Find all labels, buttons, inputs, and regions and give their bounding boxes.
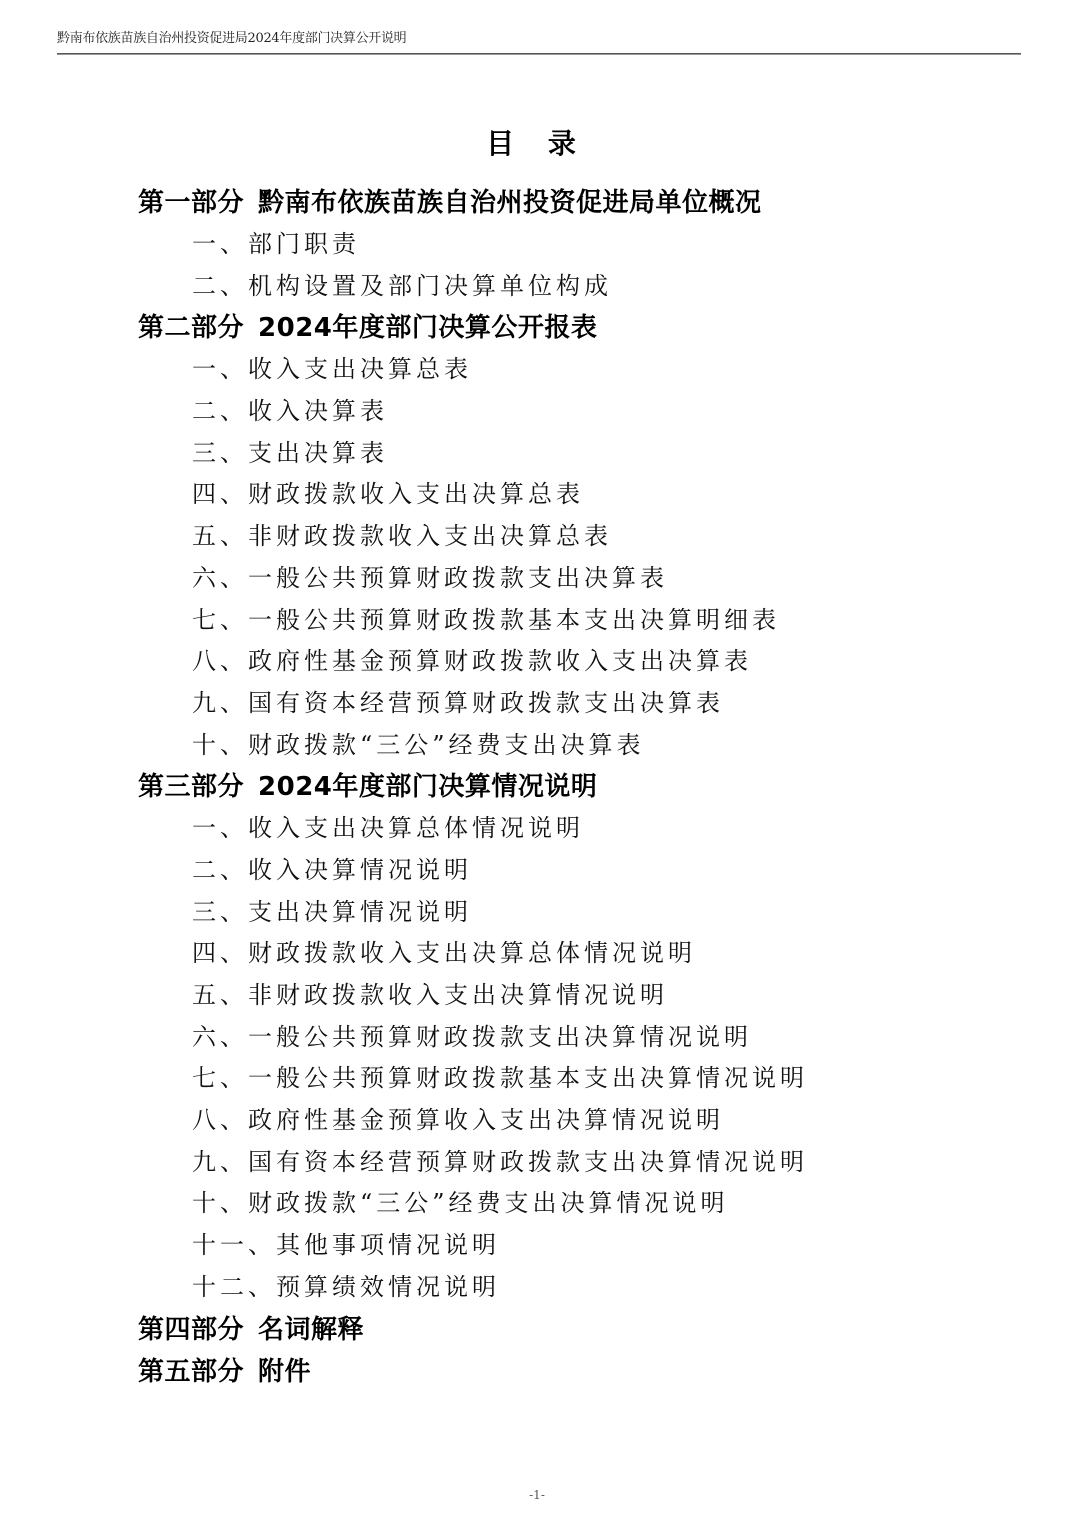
toc-part-1[interactable]: 第一部分黔南布依族苗族自治州投资促进局单位概况 (138, 182, 1018, 224)
toc-item[interactable]: 三、支出决算表 (138, 433, 1018, 475)
toc-item[interactable]: 十一、其他事项情况说明 (138, 1225, 1018, 1267)
toc-item[interactable]: 四、财政拨款收入支出决算总体情况说明 (138, 933, 1018, 975)
part-number: 第二部分 (138, 313, 244, 343)
toc-part-4[interactable]: 第四部分名词解释 (138, 1309, 1018, 1351)
toc-item[interactable]: 二、收入决算情况说明 (138, 850, 1018, 892)
toc-item[interactable]: 二、收入决算表 (138, 391, 1018, 433)
part-number: 第四部分 (138, 1315, 244, 1345)
toc-item[interactable]: 七、一般公共预算财政拨款基本支出决算明细表 (138, 600, 1018, 642)
part-title: 黔南布依族苗族自治州投资促进局单位概况 (258, 188, 762, 218)
toc-item[interactable]: 五、非财政拨款收入支出决算情况说明 (138, 975, 1018, 1017)
part-title: 名词解释 (258, 1315, 364, 1345)
toc-item[interactable]: 二、机构设置及部门决算单位构成 (138, 266, 1018, 308)
toc-part-3[interactable]: 第三部分2024年度部门决算情况说明 (138, 766, 1018, 808)
toc-item[interactable]: 一、收入支出决算总表 (138, 349, 1018, 391)
toc-item[interactable]: 九、国有资本经营预算财政拨款支出决算表 (138, 683, 1018, 725)
toc-item[interactable]: 十、财政拨款“三公”经费支出决算表 (138, 725, 1018, 767)
running-title: 黔南布依族苗族自治州投资促进局2024年度部门决算公开说明 (57, 30, 1021, 48)
toc-item[interactable]: 三、支出决算情况说明 (138, 892, 1018, 934)
header-divider (57, 53, 1021, 55)
table-of-contents: 第一部分黔南布依族苗族自治州投资促进局单位概况 一、部门职责 二、机构设置及部门… (138, 182, 1018, 1393)
toc-item[interactable]: 七、一般公共预算财政拨款基本支出决算情况说明 (138, 1058, 1018, 1100)
toc-item[interactable]: 一、部门职责 (138, 224, 1018, 266)
toc-item[interactable]: 十、财政拨款“三公”经费支出决算情况说明 (138, 1183, 1018, 1225)
part-title: 附件 (258, 1357, 311, 1387)
toc-item[interactable]: 十二、预算绩效情况说明 (138, 1267, 1018, 1309)
toc-part-2[interactable]: 第二部分2024年度部门决算公开报表 (138, 307, 1018, 349)
part-number: 第三部分 (138, 772, 244, 802)
toc-item[interactable]: 五、非财政拨款收入支出决算总表 (138, 516, 1018, 558)
toc-item[interactable]: 八、政府性基金预算财政拨款收入支出决算表 (138, 641, 1018, 683)
toc-item[interactable]: 四、财政拨款收入支出决算总表 (138, 474, 1018, 516)
toc-title: 目 录 (0, 124, 1074, 164)
part-title: 2024年度部门决算公开报表 (258, 313, 597, 343)
toc-item[interactable]: 八、政府性基金预算收入支出决算情况说明 (138, 1100, 1018, 1142)
toc-item[interactable]: 六、一般公共预算财政拨款支出决算表 (138, 558, 1018, 600)
toc-part-5[interactable]: 第五部分附件 (138, 1351, 1018, 1393)
toc-item[interactable]: 一、收入支出决算总体情况说明 (138, 808, 1018, 850)
toc-item[interactable]: 六、一般公共预算财政拨款支出决算情况说明 (138, 1017, 1018, 1059)
toc-item[interactable]: 九、国有资本经营预算财政拨款支出决算情况说明 (138, 1142, 1018, 1184)
part-number: 第一部分 (138, 188, 244, 218)
part-title: 2024年度部门决算情况说明 (258, 772, 597, 802)
page-number: -1- (0, 1488, 1074, 1502)
page-header: 黔南布依族苗族自治州投资促进局2024年度部门决算公开说明 (57, 30, 1021, 55)
part-number: 第五部分 (138, 1357, 244, 1387)
